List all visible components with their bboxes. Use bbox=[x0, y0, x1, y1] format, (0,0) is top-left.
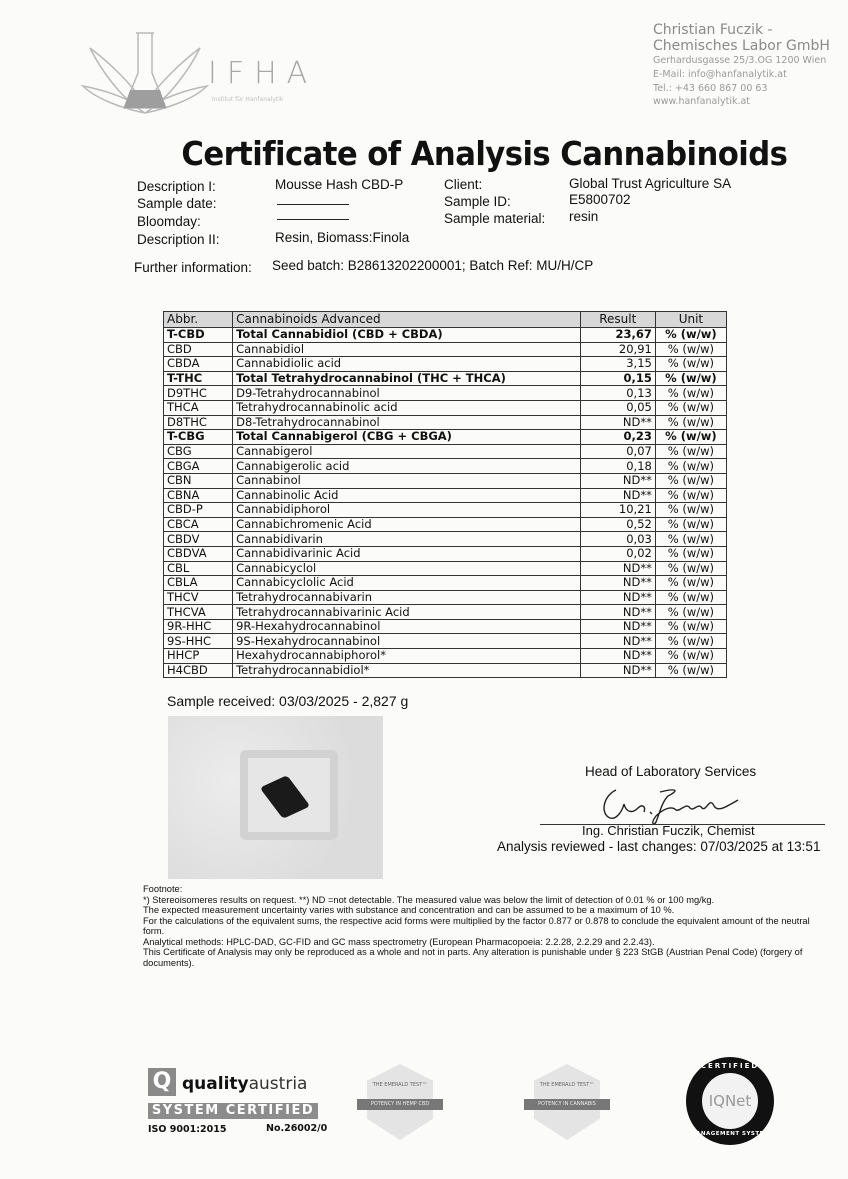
cell-result: 0,05 bbox=[580, 400, 655, 415]
cell-abbr: THCVA bbox=[164, 605, 233, 620]
cell-abbr: THCA bbox=[164, 400, 233, 415]
table-row: CBDCannabidiol20,91% (w/w) bbox=[164, 342, 727, 357]
cell-unit: % (w/w) bbox=[655, 634, 726, 649]
cell-result: ND** bbox=[580, 473, 655, 488]
emerald-title: THE EMERALD TEST™ bbox=[355, 1082, 445, 1088]
footnote-line-1: *) Stereoisomeres results on request. **… bbox=[143, 895, 813, 906]
cell-result: ND** bbox=[580, 488, 655, 503]
cell-name: Cannabidiolic acid bbox=[233, 357, 581, 372]
table-row: CBDACannabidiolic acid3,15% (w/w) bbox=[164, 357, 727, 372]
table-row: CBDVCannabidivarin0,03% (w/w) bbox=[164, 532, 727, 547]
table-row: THCVTetrahydrocannabivarinND**% (w/w) bbox=[164, 590, 727, 605]
cell-name: Tetrahydrocannabidiol* bbox=[233, 663, 581, 678]
bloomday-blank bbox=[277, 210, 349, 220]
cell-name: Hexahydrocannabiphorol* bbox=[233, 649, 581, 664]
footnote: Footnote: *) Stereoisomeres results on r… bbox=[143, 884, 813, 968]
description-1-label: Description I: bbox=[137, 178, 216, 195]
table-row: D9THCD9-Tetrahydrocannabinol0,13% (w/w) bbox=[164, 386, 727, 401]
qa-name-light: austria bbox=[249, 1074, 308, 1094]
signatory-name: Ing. Christian Fuczik, Chemist bbox=[582, 823, 755, 838]
cell-name: Cannabinolic Acid bbox=[233, 488, 581, 503]
cell-abbr: H4CBD bbox=[164, 663, 233, 678]
cell-result: 0,02 bbox=[580, 546, 655, 561]
cell-result: 10,21 bbox=[580, 503, 655, 518]
table-row: T-CBGTotal Cannabigerol (CBG + CBGA)0,23… bbox=[164, 430, 727, 445]
cell-name: D8-Tetrahydrocannabinol bbox=[233, 415, 581, 430]
table-row: CBCACannabichromenic Acid0,52% (w/w) bbox=[164, 517, 727, 532]
cell-name: Cannabinol bbox=[233, 473, 581, 488]
cell-name: Cannabicyclolic Acid bbox=[233, 576, 581, 591]
cell-abbr: CBGA bbox=[164, 459, 233, 474]
cell-unit: % (w/w) bbox=[655, 473, 726, 488]
cell-result: 0,07 bbox=[580, 444, 655, 459]
cell-unit: % (w/w) bbox=[655, 386, 726, 401]
cell-result: 0,52 bbox=[580, 517, 655, 532]
iqnet-certified-badge: CERTIFIED IQNet MANAGEMENT SYSTEM bbox=[686, 1057, 774, 1145]
header-result: Result bbox=[580, 312, 655, 328]
cell-name: Cannabidiol bbox=[233, 342, 581, 357]
signature-icon bbox=[598, 782, 748, 826]
analysis-reviewed: Analysis reviewed - last changes: 07/03/… bbox=[497, 839, 820, 854]
cell-abbr: T-CBG bbox=[164, 430, 233, 445]
table-row: CBGACannabigerolic acid0,18% (w/w) bbox=[164, 459, 727, 474]
cell-name: Cannabigerolic acid bbox=[233, 459, 581, 474]
cell-name: Cannabidiphorol bbox=[233, 503, 581, 518]
table-row: CBNCannabinolND**% (w/w) bbox=[164, 473, 727, 488]
cell-name: Total Cannabidiol (CBD + CBDA) bbox=[233, 328, 581, 343]
cell-abbr: D9THC bbox=[164, 386, 233, 401]
header-name: Cannabinoids Advanced bbox=[233, 312, 581, 328]
cell-unit: % (w/w) bbox=[655, 517, 726, 532]
sample-material-value: resin bbox=[569, 208, 598, 225]
quality-austria-q-icon: Q bbox=[148, 1068, 176, 1096]
table-row: CBD-PCannabidiphorol10,21% (w/w) bbox=[164, 503, 727, 518]
cell-result: 0,15 bbox=[580, 371, 655, 386]
emerald-ribbon: POTENCY IN HEMP CBD bbox=[357, 1099, 443, 1110]
description-2-value: Resin, Biomass:Finola bbox=[275, 229, 409, 246]
footnote-heading: Footnote: bbox=[143, 884, 813, 895]
footnote-line-2: The expected measurement uncertainty var… bbox=[143, 905, 813, 916]
cell-name: Tetrahydrocannabivarinic Acid bbox=[233, 605, 581, 620]
cell-name: Tetrahydrocannabivarin bbox=[233, 590, 581, 605]
cell-result: ND** bbox=[580, 649, 655, 664]
cell-abbr: CBG bbox=[164, 444, 233, 459]
header-unit: Unit bbox=[655, 312, 726, 328]
cell-name: 9S-Hexahydrocannabinol bbox=[233, 634, 581, 649]
logo-subtitle: Institut für Hanfanalytik bbox=[212, 96, 283, 103]
cell-name: Total Tetrahydrocannabinol (THC + THCA) bbox=[233, 371, 581, 386]
emerald-title: THE EMERALD TEST™ bbox=[522, 1082, 612, 1088]
cell-result: ND** bbox=[580, 605, 655, 620]
footnote-line-4: Analytical methods: HPLC-DAD, GC-FID and… bbox=[143, 937, 813, 948]
client-label: Client: bbox=[444, 176, 482, 193]
cell-unit: % (w/w) bbox=[655, 357, 726, 372]
cell-name: Cannabichromenic Acid bbox=[233, 517, 581, 532]
system-certified-band: SYSTEM CERTIFIED bbox=[148, 1103, 318, 1119]
cell-result: 23,67 bbox=[580, 328, 655, 343]
hash-sample bbox=[260, 775, 311, 819]
cell-abbr: CBDA bbox=[164, 357, 233, 372]
cell-result: 3,15 bbox=[580, 357, 655, 372]
table-row: 9R-HHC9R-HexahydrocannabinolND**% (w/w) bbox=[164, 619, 727, 634]
lab-name-line1: Christian Fuczik - bbox=[653, 22, 830, 38]
cell-unit: % (w/w) bbox=[655, 459, 726, 474]
cell-result: ND** bbox=[580, 561, 655, 576]
table-row: THCATetrahydrocannabinolic acid0,05% (w/… bbox=[164, 400, 727, 415]
cell-result: ND** bbox=[580, 590, 655, 605]
cell-unit: % (w/w) bbox=[655, 444, 726, 459]
sample-date-blank bbox=[277, 195, 349, 205]
cannabis-leaf-flask-icon bbox=[80, 28, 210, 118]
cell-unit: % (w/w) bbox=[655, 546, 726, 561]
cell-unit: % (w/w) bbox=[655, 619, 726, 634]
table-row: D8THCD8-TetrahydrocannabinolND**% (w/w) bbox=[164, 415, 727, 430]
cell-abbr: CBL bbox=[164, 561, 233, 576]
table-row: CBGCannabigerol0,07% (w/w) bbox=[164, 444, 727, 459]
table-row: CBLACannabicyclolic AcidND**% (w/w) bbox=[164, 576, 727, 591]
cell-unit: % (w/w) bbox=[655, 503, 726, 518]
description-2-label: Description II: bbox=[137, 231, 220, 248]
cell-unit: % (w/w) bbox=[655, 561, 726, 576]
sample-material-label: Sample material: bbox=[444, 210, 545, 227]
iqnet-top-text: CERTIFIED bbox=[686, 1062, 774, 1070]
cell-abbr: CBDVA bbox=[164, 546, 233, 561]
bloomday-label: Bloomday: bbox=[137, 213, 201, 230]
description-1-value: Mousse Hash CBD-P bbox=[275, 176, 403, 193]
footnote-line-3: For the calculations of the equivalent s… bbox=[143, 916, 813, 937]
cell-name: Cannabidivarin bbox=[233, 532, 581, 547]
lab-contact: Christian Fuczik - Chemisches Labor GmbH… bbox=[653, 22, 830, 109]
cell-unit: % (w/w) bbox=[655, 430, 726, 445]
emerald-test-badge-1: THE EMERALD TEST™ POTENCY IN HEMP CBD bbox=[355, 1064, 445, 1144]
sample-received: Sample received: 03/03/2025 - 2,827 g bbox=[167, 693, 408, 709]
document-title: Certificate of Analysis Cannabinoids bbox=[0, 134, 837, 173]
cell-abbr: 9S-HHC bbox=[164, 634, 233, 649]
sample-date-label: Sample date: bbox=[137, 195, 217, 212]
quality-austria-name: qualityaustria bbox=[182, 1074, 307, 1094]
cell-unit: % (w/w) bbox=[655, 328, 726, 343]
table-row: T-CBDTotal Cannabidiol (CBD + CBDA)23,67… bbox=[164, 328, 727, 343]
cell-result: 0,13 bbox=[580, 386, 655, 401]
cell-abbr: THCV bbox=[164, 590, 233, 605]
cell-unit: % (w/w) bbox=[655, 415, 726, 430]
cell-abbr: CBNA bbox=[164, 488, 233, 503]
cell-result: ND** bbox=[580, 619, 655, 634]
cell-result: 0,18 bbox=[580, 459, 655, 474]
table-row: CBLCannabicyclolND**% (w/w) bbox=[164, 561, 727, 576]
cell-unit: % (w/w) bbox=[655, 488, 726, 503]
cell-abbr: CBDV bbox=[164, 532, 233, 547]
cell-abbr: T-THC bbox=[164, 371, 233, 386]
iqnet-bottom-text: MANAGEMENT SYSTEM bbox=[686, 1131, 774, 1137]
table-row: H4CBDTetrahydrocannabidiol*ND**% (w/w) bbox=[164, 663, 727, 678]
cell-unit: % (w/w) bbox=[655, 371, 726, 386]
cell-name: Tetrahydrocannabinolic acid bbox=[233, 400, 581, 415]
signature-role: Head of Laboratory Services bbox=[585, 764, 756, 779]
emerald-test-badge-2: THE EMERALD TEST™ POTENCY IN CANNABIS bbox=[522, 1064, 612, 1144]
table-row: T-THCTotal Tetrahydrocannabinol (THC + T… bbox=[164, 371, 727, 386]
lab-name-line2: Chemisches Labor GmbH bbox=[653, 38, 830, 54]
cell-abbr: D8THC bbox=[164, 415, 233, 430]
table-row: CBDVACannabidivarinic Acid0,02% (w/w) bbox=[164, 546, 727, 561]
cell-abbr: CBN bbox=[164, 473, 233, 488]
lab-email: E-Mail: info@hanfanalytik.at bbox=[653, 68, 830, 82]
cell-result: 0,03 bbox=[580, 532, 655, 547]
cell-result: ND** bbox=[580, 663, 655, 678]
cell-result: 0,23 bbox=[580, 430, 655, 445]
emerald-ribbon: POTENCY IN CANNABIS bbox=[524, 1099, 610, 1110]
cell-name: 9R-Hexahydrocannabinol bbox=[233, 619, 581, 634]
cell-abbr: CBLA bbox=[164, 576, 233, 591]
cell-unit: % (w/w) bbox=[655, 342, 726, 357]
sample-photo bbox=[168, 716, 383, 879]
table-header-row: Abbr. Cannabinoids Advanced Result Unit bbox=[164, 312, 727, 328]
sample-tray bbox=[240, 750, 338, 840]
table-row: HHCPHexahydrocannabiphorol*ND**% (w/w) bbox=[164, 649, 727, 664]
qa-name-bold: quality bbox=[182, 1074, 249, 1094]
table-row: 9S-HHC9S-HexahydrocannabinolND**% (w/w) bbox=[164, 634, 727, 649]
cell-unit: % (w/w) bbox=[655, 590, 726, 605]
table-row: CBNACannabinolic AcidND**% (w/w) bbox=[164, 488, 727, 503]
cell-abbr: CBD-P bbox=[164, 503, 233, 518]
lab-phone: Tel.: +43 660 867 00 63 bbox=[653, 82, 830, 96]
iqnet-logo: IQNet bbox=[702, 1073, 758, 1129]
cell-unit: % (w/w) bbox=[655, 532, 726, 547]
table-row: THCVATetrahydrocannabivarinic AcidND**% … bbox=[164, 605, 727, 620]
cell-name: Cannabidivarinic Acid bbox=[233, 546, 581, 561]
cell-result: ND** bbox=[580, 415, 655, 430]
cell-result: 20,91 bbox=[580, 342, 655, 357]
lab-address: Gerhardusgasse 25/3.OG 1200 Wien bbox=[653, 54, 830, 68]
cell-unit: % (w/w) bbox=[655, 663, 726, 678]
cell-unit: % (w/w) bbox=[655, 649, 726, 664]
lab-website: www.hanfanalytik.at bbox=[653, 95, 830, 109]
further-info-label: Further information: bbox=[134, 259, 252, 276]
footnote-line-5: This Certificate of Analysis may only be… bbox=[143, 947, 813, 968]
cell-unit: % (w/w) bbox=[655, 576, 726, 591]
cell-name: Cannabigerol bbox=[233, 444, 581, 459]
certificate-number: No.26002/0 bbox=[266, 1123, 327, 1134]
cell-abbr: HHCP bbox=[164, 649, 233, 664]
cell-abbr: CBCA bbox=[164, 517, 233, 532]
cell-unit: % (w/w) bbox=[655, 400, 726, 415]
cell-abbr: 9R-HHC bbox=[164, 619, 233, 634]
cell-abbr: CBD bbox=[164, 342, 233, 357]
logo-name: IFHA bbox=[208, 56, 317, 91]
cell-result: ND** bbox=[580, 576, 655, 591]
cell-unit: % (w/w) bbox=[655, 605, 726, 620]
sample-id-label: Sample ID: bbox=[444, 193, 511, 210]
cannabinoid-results-table: Abbr. Cannabinoids Advanced Result Unit … bbox=[163, 311, 727, 678]
cell-name: Total Cannabigerol (CBG + CBGA) bbox=[233, 430, 581, 445]
header-abbr: Abbr. bbox=[164, 312, 233, 328]
iso-standard: ISO 9001:2015 bbox=[148, 1124, 226, 1135]
client-value: Global Trust Agriculture SA bbox=[569, 175, 731, 192]
cell-name: Cannabicyclol bbox=[233, 561, 581, 576]
sample-id-value: E5800702 bbox=[569, 191, 631, 208]
cell-result: ND** bbox=[580, 634, 655, 649]
cell-name: D9-Tetrahydrocannabinol bbox=[233, 386, 581, 401]
cell-abbr: T-CBD bbox=[164, 328, 233, 343]
further-info-value: Seed batch: B28613202200001; Batch Ref: … bbox=[272, 257, 593, 274]
